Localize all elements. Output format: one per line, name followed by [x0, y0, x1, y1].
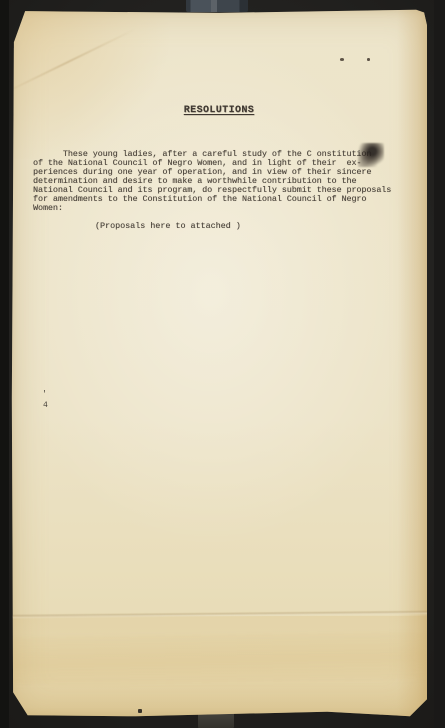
paper-speck: [367, 58, 370, 61]
paper-edge-notch: [11, 43, 14, 48]
paper-speck: [340, 58, 344, 61]
document-title: RESOLUTIONS: [11, 105, 427, 116]
ink-smudge-blob: [358, 143, 384, 167]
paper-tint-below-crease: [11, 616, 427, 717]
fold-crease-horizontal: [7, 611, 431, 618]
body-line: for amendments to the Constitution of th…: [33, 195, 391, 204]
stray-typed-mark-upper: ': [42, 390, 47, 399]
stray-typed-mark-lower: 4: [43, 401, 48, 410]
attachment-note: (Proposals here to attached ): [95, 221, 241, 231]
paper-speck: [138, 709, 142, 713]
body-line: Women:: [33, 204, 391, 213]
binder-clip-top: [186, 0, 248, 12]
paper-stain-bottom-band: [11, 631, 428, 685]
binder-clip-bottom: [198, 713, 234, 728]
paper-stain-topleft: [0, 0, 181, 159]
photo-mat-background: RESOLUTIONS These young ladies, after a …: [0, 0, 445, 728]
fold-crease-topleft: [0, 28, 136, 96]
document-page: RESOLUTIONS These young ladies, after a …: [11, 9, 427, 717]
document-body-paragraph: These young ladies, after a careful stud…: [33, 150, 391, 213]
